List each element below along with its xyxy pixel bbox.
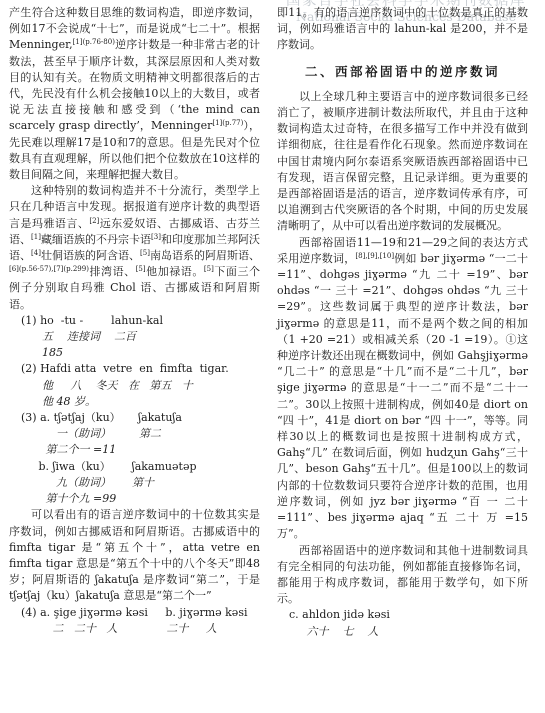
text-run: 即11。有的语言逆序数词中的十位数是真正的基数词，例如玛雅语言中的 lahun-…: [277, 6, 528, 51]
example-gloss-line: 他 48 岁。: [21, 394, 260, 410]
paragraph: 可以看出有的语言逆序数词中的十位数其实是序数词，例如古挪威语和阿眉斯语。古挪威语…: [9, 507, 260, 604]
text-run: 可以看出有的语言逆序数词中的十位数其实是序数词，例如古挪威语和阿眉斯语。古挪威语…: [9, 508, 260, 602]
example-gloss-line: 第二个一 =11: [21, 442, 260, 458]
example-latin-line: (3) a. tʃətʃaj（ku） ʃakatuʃa: [21, 410, 260, 426]
citation-superscript: [4]: [31, 249, 41, 257]
example-block: (1) ho -tu - lahun-kal 五 连接词 二百 185(2) H…: [21, 313, 260, 507]
citation-superscript: [6](p.56-57),[7](p.299): [9, 265, 89, 273]
example-gloss-line: 九（助词） 第十: [21, 475, 260, 491]
text-run: 南岛语系的阿眉斯语、: [150, 249, 260, 262]
example-gloss-line: 185: [21, 345, 260, 361]
text-run: 例如 bər jiɣərmə “一二十 =11”、dohgəs jiɣərmə …: [277, 252, 528, 540]
citation-superscript: [2]: [89, 217, 99, 225]
example-latin-line: (4) a. şige jiɣərmə kəsi b. jiɣərmə kəsi: [21, 605, 260, 621]
citation-superscript: [1](p.77): [212, 119, 243, 127]
example-gloss-line: 第十个九 =99: [21, 491, 260, 507]
paragraph: 产生符合这种数目思维的数词构造，即逆序数词，例如17不会说成“十七”，而是说成“…: [9, 5, 260, 183]
document-page: 国家哲学社会科学学术期刊数据库 National Social Sciences…: [0, 0, 545, 713]
example-gloss-line: 六十 七 人: [289, 624, 528, 640]
example-block: c. ahldon jidə kəsi 六十 七 人: [289, 607, 528, 639]
example-latin-line: (1) ho -tu - lahun-kal: [21, 313, 260, 329]
text-run: 西部裕固语中的逆序数词和其他十进制数词具有完全相同的句法功能，例如都能直接修饰名…: [277, 544, 528, 606]
citation-superscript: [1](p.76-80): [73, 38, 115, 46]
text-run: 排湾语、: [89, 265, 136, 278]
example-gloss-line: 五 连接词 二百: [21, 329, 260, 345]
example-gloss-line: 他 八 冬天 在 第五 十: [21, 378, 260, 394]
paragraph: 以上全球几种主要语言中的逆序数词很多已经消亡了，被顺序进制计数法所取代，并且由于…: [277, 89, 528, 235]
example-gloss-line: 一（助词） 第二: [21, 426, 260, 442]
right-column: 即11。有的语言逆序数词中的十位数是真正的基数词，例如玛雅语言中的 lahun-…: [277, 5, 528, 640]
section-heading: 二、西部裕固语中的逆序数词: [277, 64, 528, 80]
text-run: 藏缅语族的不丹宗卡语: [41, 233, 151, 246]
example-block: (4) a. şige jiɣərmə kəsi b. jiɣərmə kəsi…: [21, 605, 260, 637]
citation-superscript: [3]: [151, 233, 161, 241]
paragraph: 西部裕固语中的逆序数词和其他十进制数词具有完全相同的句法功能，例如都能直接修饰名…: [277, 543, 528, 608]
example-latin-line: b. ʃiwa（ku） ʃakamuətəp: [21, 459, 260, 475]
paragraph: 这种特别的数词构造并不十分流行，类型学上只在几种语言中发现。据报道有逆序计数的典…: [9, 183, 260, 313]
text-run: 以上全球几种主要语言中的逆序数词很多已经消亡了，被顺序进制计数法所取代，并且由于…: [277, 90, 528, 233]
citation-superscript: [1]: [31, 233, 41, 241]
paragraph: 西部裕固语11—19和21—29之间的表达方式采用逆序数词，[8],[9],[1…: [277, 235, 528, 543]
example-latin-line: (2) Hafdi atta vetre en fimfta tigar.: [21, 361, 260, 377]
paragraph: 即11。有的语言逆序数词中的十位数是真正的基数词，例如玛雅语言中的 lahun-…: [277, 5, 528, 54]
citation-superscript: [8],[9],[10]: [355, 252, 394, 260]
citation-superscript: [5]: [136, 265, 146, 273]
citation-superscript: [5]: [204, 265, 214, 273]
example-latin-line: c. ahldon jidə kəsi: [289, 607, 528, 623]
example-gloss-line: 二 二十 人 二十 人: [21, 621, 260, 637]
text-run: 他加禄语。: [146, 265, 204, 278]
text-run: 壮侗语族的阿含语、: [41, 249, 140, 262]
citation-superscript: [5]: [140, 249, 150, 257]
left-column: 产生符合这种数目思维的数词构造，即逆序数词，例如17不会说成“十七”，而是说成“…: [9, 5, 260, 640]
two-column-layout: 产生符合这种数目思维的数词构造，即逆序数词，例如17不会说成“十七”，而是说成“…: [9, 5, 537, 640]
